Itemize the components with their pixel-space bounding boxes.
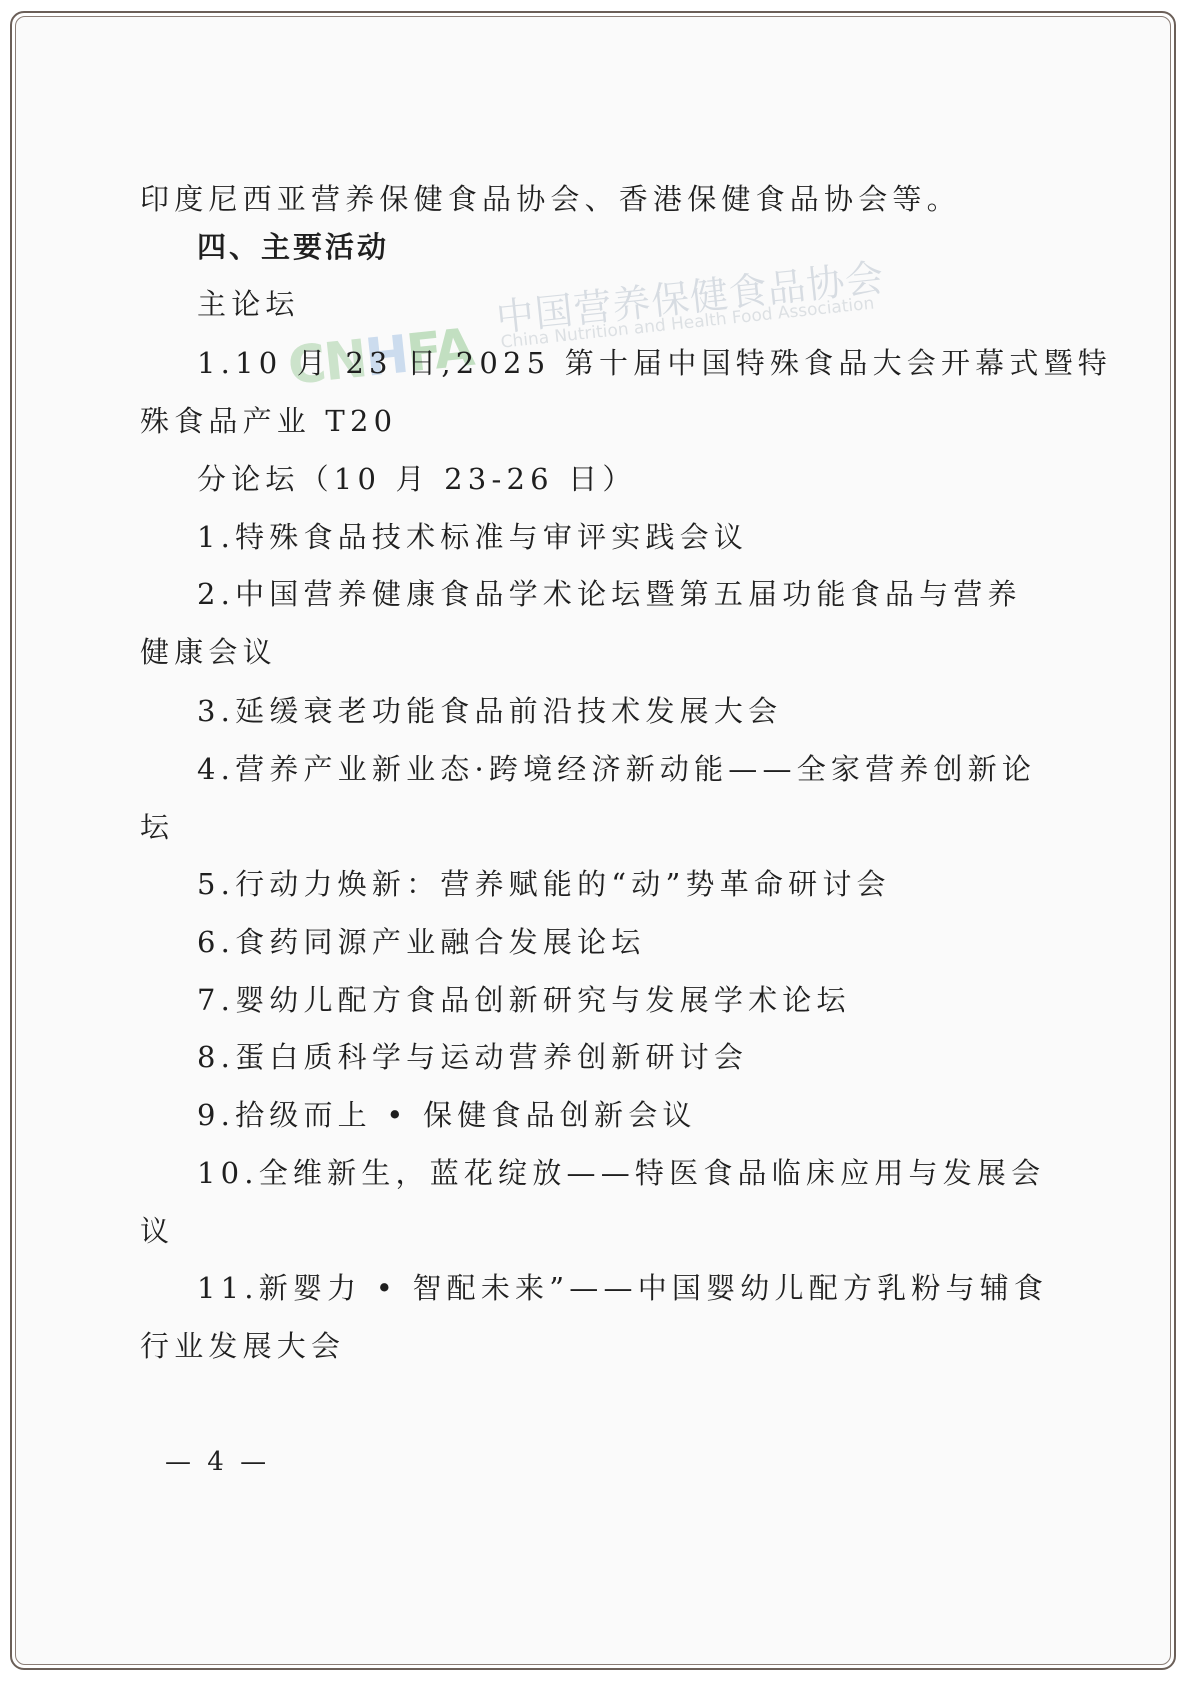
forum-list-item: 7.婴幼儿配方食品创新研究与发展学术论坛 [197,986,851,1015]
forum-list-item: 4.营养产业新业态·跨境经济新动能——全家营养创新论 [197,755,1036,784]
page-border-inner [15,16,1171,1665]
text-line-continuation: 印度尼西亚营养保健食品协会、香港保健食品协会等。 [140,185,961,214]
forum-list-item: 6.食药同源产业融合发展论坛 [197,928,645,957]
forum-list-item: 5.行动力焕新：营养赋能的“动”势革命研讨会 [197,870,891,899]
page-number: — 4 — [165,1447,270,1477]
text-line-continuation: 议 [140,1217,174,1246]
forum-list-item: 10.全维新生，蓝花绽放——特医食品临床应用与发展会 [197,1159,1045,1188]
text-line-continuation: 坛 [140,813,174,842]
forum-list-item: 1.10 月 23 日,2025 第十届中国特殊食品大会开幕式暨特 [197,349,1112,378]
section-heading: 四、主要活动 [197,233,389,262]
forum-list-item: 2.中国营养健康食品学术论坛暨第五届功能食品与营养 [197,580,1022,609]
forum-list-item: 11.新婴力 • 智配未来”——中国婴幼儿配方乳粉与辅食 [197,1274,1048,1303]
text-line-continuation: 健康会议 [140,638,277,667]
text-line-continuation: 行业发展大会 [140,1332,345,1361]
forum-subheading: 主论坛 [197,290,300,319]
forum-list-item: 8.蛋白质科学与运动营养创新研讨会 [197,1043,748,1072]
forum-list-item: 1.特殊食品技术标准与审评实践会议 [197,523,748,552]
forum-subheading: 分论坛（10 月 23-26 日） [197,465,637,494]
forum-list-item: 9.拾级而上 • 保健食品创新会议 [197,1101,697,1130]
text-line-continuation: 殊食品产业 T20 [140,407,397,436]
forum-list-item: 3.延缓衰老功能食品前沿技术发展大会 [197,697,782,726]
